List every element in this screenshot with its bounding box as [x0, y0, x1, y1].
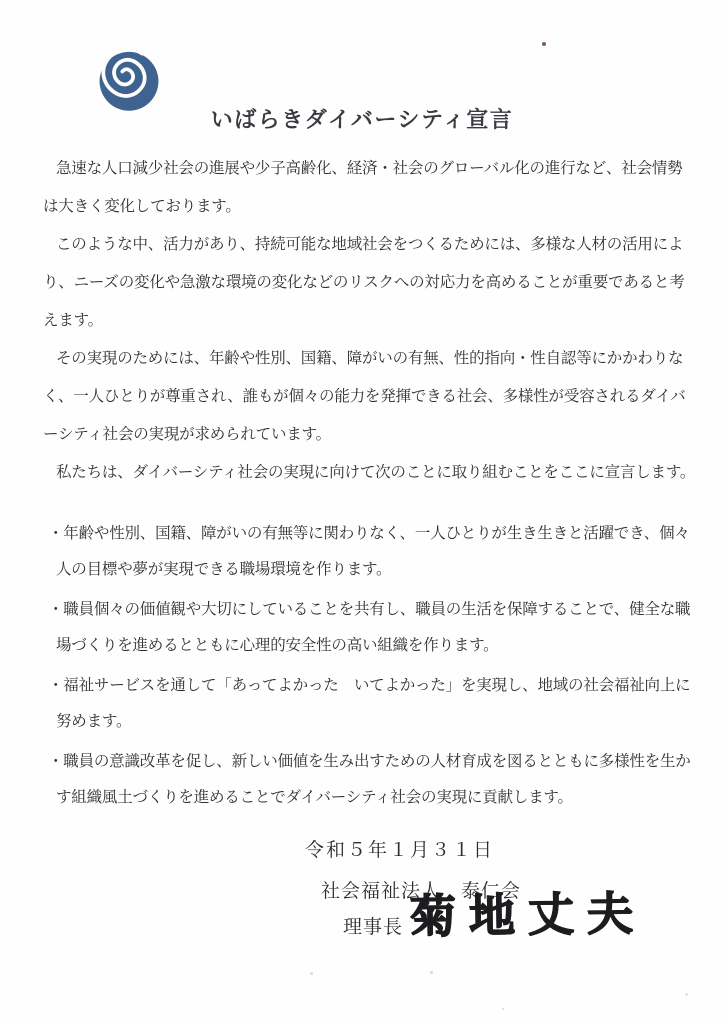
paragraph-line: このような中、活力があり、持続可能な地域社会をつくるためには、多様な人材の活用に… [43, 234, 696, 255]
signer-role: 理事長 [343, 912, 403, 939]
document-title: いばらきダイバーシティ宣言 [0, 103, 724, 134]
bullet-line: ・職員個々の価値観や大切にしていることを共有し、職員の生活を保障することで、健全… [43, 599, 696, 620]
bullet-line: す組織風土づくりを進めることでダイバーシティ社会の実現に貢献します。 [43, 787, 696, 808]
scan-speck [685, 993, 688, 996]
paragraph-line: り、ニーズの変化や急激な環境の変化などのリスクへの対応力を高めることが重要である… [43, 272, 696, 293]
paragraph-line: く、一人ひとりが尊重され、誰もが個々の能力を発揮できる社会、多様性が受容されるダ… [43, 386, 696, 407]
signature-calligraphy: 菊地丈夫 [410, 891, 647, 940]
paragraph-line: ーシティ社会の実現が求められています。 [43, 424, 696, 445]
document-body: 急速な人口減少社会の進展や少子高齢化、経済・社会のグローバル化の進行など、社会情… [43, 158, 696, 827]
paragraph-line: 急速な人口減少社会の進展や少子高齢化、経済・社会のグローバル化の進行など、社会情… [43, 158, 696, 179]
declaration-date: 令和５年１月３１日 [305, 835, 494, 862]
paragraph-line: その実現のためには、年齢や性別、国籍、障がいの有無、性的指向・性自認等にかかわり… [43, 348, 696, 369]
scan-speck [542, 42, 546, 46]
scan-speck [310, 972, 313, 975]
scanned-declaration-document: いばらきダイバーシティ宣言 急速な人口減少社会の進展や少子高齢化、経済・社会のグ… [0, 0, 724, 1024]
bullet-line: ・年齢や性別、国籍、障がいの有無等に関わりなく、一人ひとりが生き生きと活躍でき、… [43, 523, 696, 544]
paragraph-line: 私たちは、ダイバーシティ社会の実現に向けて次のことに取り組むことをここに宣言しま… [43, 462, 696, 483]
declaration-items: ・年齢や性別、国籍、障がいの有無等に関わりなく、一人ひとりが生き生きと活躍でき、… [43, 523, 696, 808]
bullet-line: ・職員の意識改革を促し、新しい価値を生み出すための人材育成を図るとともに多様性を… [43, 751, 696, 772]
paragraph-line: えます。 [43, 310, 696, 331]
bullet-line: ・福祉サービスを通して「あってよかった いてよかった」を実現し、地域の社会福祉向… [43, 675, 696, 696]
scan-speck [430, 971, 433, 974]
scan-speck [502, 1008, 504, 1010]
bullet-line: 場づくりを進めるとともに心理的安全性の高い組織を作ります。 [43, 635, 696, 656]
bullet-line: 努めます。 [43, 711, 696, 732]
bullet-line: 人の目標や夢が実現できる職場環境を作ります。 [43, 559, 696, 580]
paragraph-line: は大きく変化しております。 [43, 196, 696, 217]
